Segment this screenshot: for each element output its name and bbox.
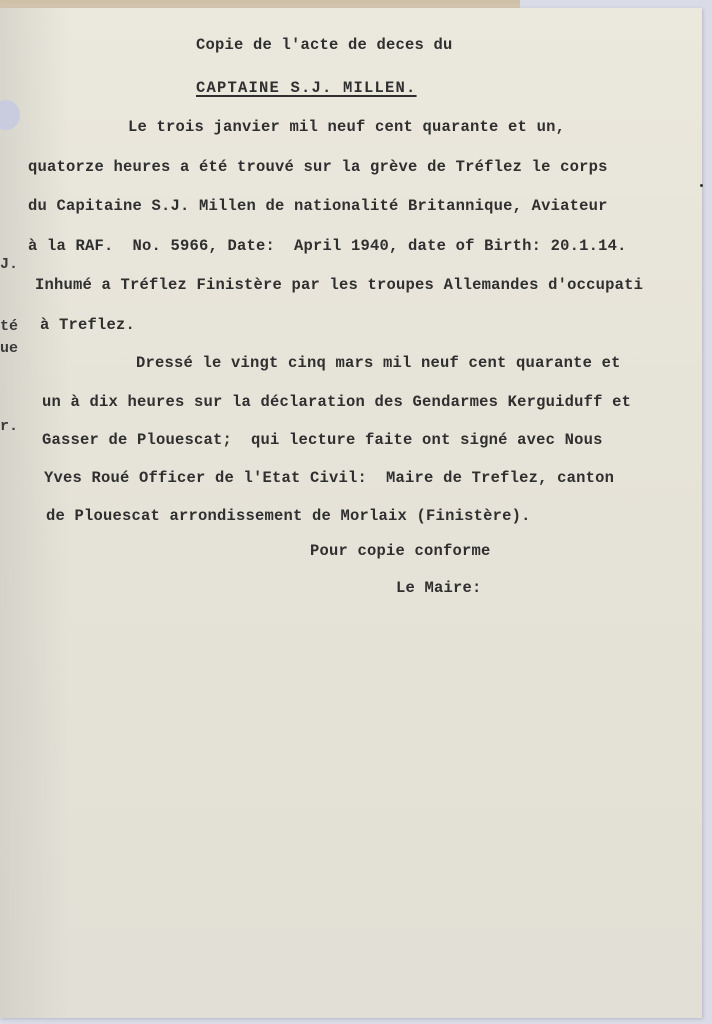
document-title: Copie de l'acte de deces du [196, 36, 453, 54]
margin-fragment: J. [0, 256, 18, 273]
text-line: de Plouescat arrondissement de Morlaix (… [46, 507, 531, 525]
margin-fragment: r. [0, 418, 18, 435]
text-line: quatorze heures a été trouvé sur la grèv… [28, 158, 608, 176]
text-line: à Treflez. [40, 316, 135, 334]
paper-speck [700, 184, 703, 187]
margin-fragment: ue [0, 340, 18, 357]
text-line: un à dix heures sur la déclaration des G… [42, 393, 631, 411]
text-line: Dressé le vingt cinq mars mil neuf cent … [136, 354, 621, 372]
text-line: du Capitaine S.J. Millen de nationalité … [28, 197, 608, 215]
document-subtitle: CAPTAINE S.J. MILLEN. [196, 79, 417, 97]
margin-fragment: té [0, 318, 18, 335]
text-line: Inhumé a Tréflez Finistère par les troup… [35, 276, 643, 294]
closing-text: Pour copie conforme [310, 542, 491, 560]
text-line: à la RAF. No. 5966, Date: April 1940, da… [28, 237, 627, 255]
text-line: Le trois janvier mil neuf cent quarante … [128, 118, 565, 136]
text-line: Gasser de Plouescat; qui lecture faite o… [42, 431, 603, 449]
text-line: Yves Roué Officer de l'Etat Civil: Maire… [44, 469, 614, 487]
signature-label: Le Maire: [396, 579, 482, 597]
